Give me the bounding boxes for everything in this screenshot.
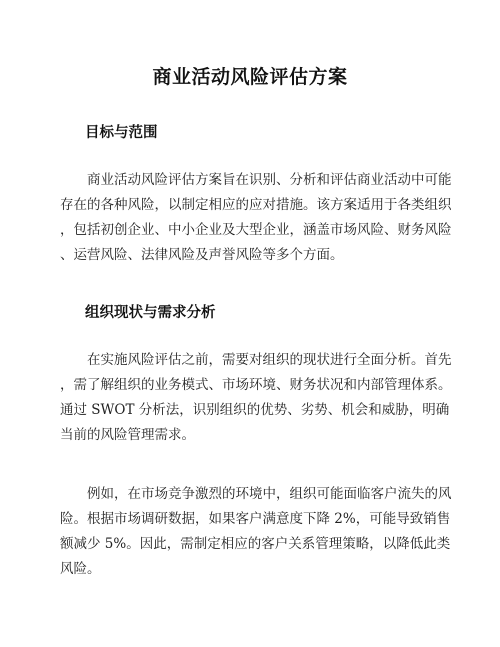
paragraph-line: 风险。 <box>60 557 440 582</box>
paragraph-example: 例如，在市场竞争激烈的环境中，组织可能面临客户流失的风 险。根据市场调研数据，如… <box>60 482 440 582</box>
paragraph-line: ，需了解组织的业务模式、市场环境、财务状况和内部管理体系。 <box>60 373 440 398</box>
paragraph-goals-scope: 商业活动风险评估方案旨在识别、分析和评估商业活动中可能 存在的各种风险，以制定相… <box>60 168 440 268</box>
paragraph-line: 例如，在市场竞争激烈的环境中，组织可能面临客户流失的风 <box>60 482 440 507</box>
section-heading-goals-scope: 目标与范围 <box>85 121 158 142</box>
section-heading-status-needs: 组织现状与需求分析 <box>85 301 216 322</box>
document-title: 商业活动风险评估方案 <box>0 62 500 89</box>
paragraph-line: 险。根据市场调研数据，如果客户满意度下降 2%，可能导致销售 <box>60 507 440 532</box>
paragraph-line: 商业活动风险评估方案旨在识别、分析和评估商业活动中可能 <box>60 168 440 193</box>
paragraph-line: 额减少 5%。因此，需制定相应的客户关系管理策略，以降低此类 <box>60 532 440 557</box>
paragraph-line: 在实施风险评估之前，需要对组织的现状进行全面分析。首先 <box>60 348 440 373</box>
document-page: 商业活动风险评估方案 目标与范围 商业活动风险评估方案旨在识别、分析和评估商业活… <box>0 0 500 647</box>
paragraph-status-analysis: 在实施风险评估之前，需要对组织的现状进行全面分析。首先 ，需了解组织的业务模式、… <box>60 348 440 448</box>
paragraph-line: ，包括初创企业、中小企业及大型企业，涵盖市场风险、财务风险 <box>60 218 440 243</box>
paragraph-line: 、运营风险、法律风险及声誉风险等多个方面。 <box>60 243 440 268</box>
paragraph-line: 通过 SWOT 分析法，识别组织的优势、劣势、机会和威胁，明确 <box>60 398 440 423</box>
paragraph-line: 存在的各种风险，以制定相应的应对措施。该方案适用于各类组织 <box>60 193 440 218</box>
paragraph-line: 当前的风险管理需求。 <box>60 423 440 448</box>
